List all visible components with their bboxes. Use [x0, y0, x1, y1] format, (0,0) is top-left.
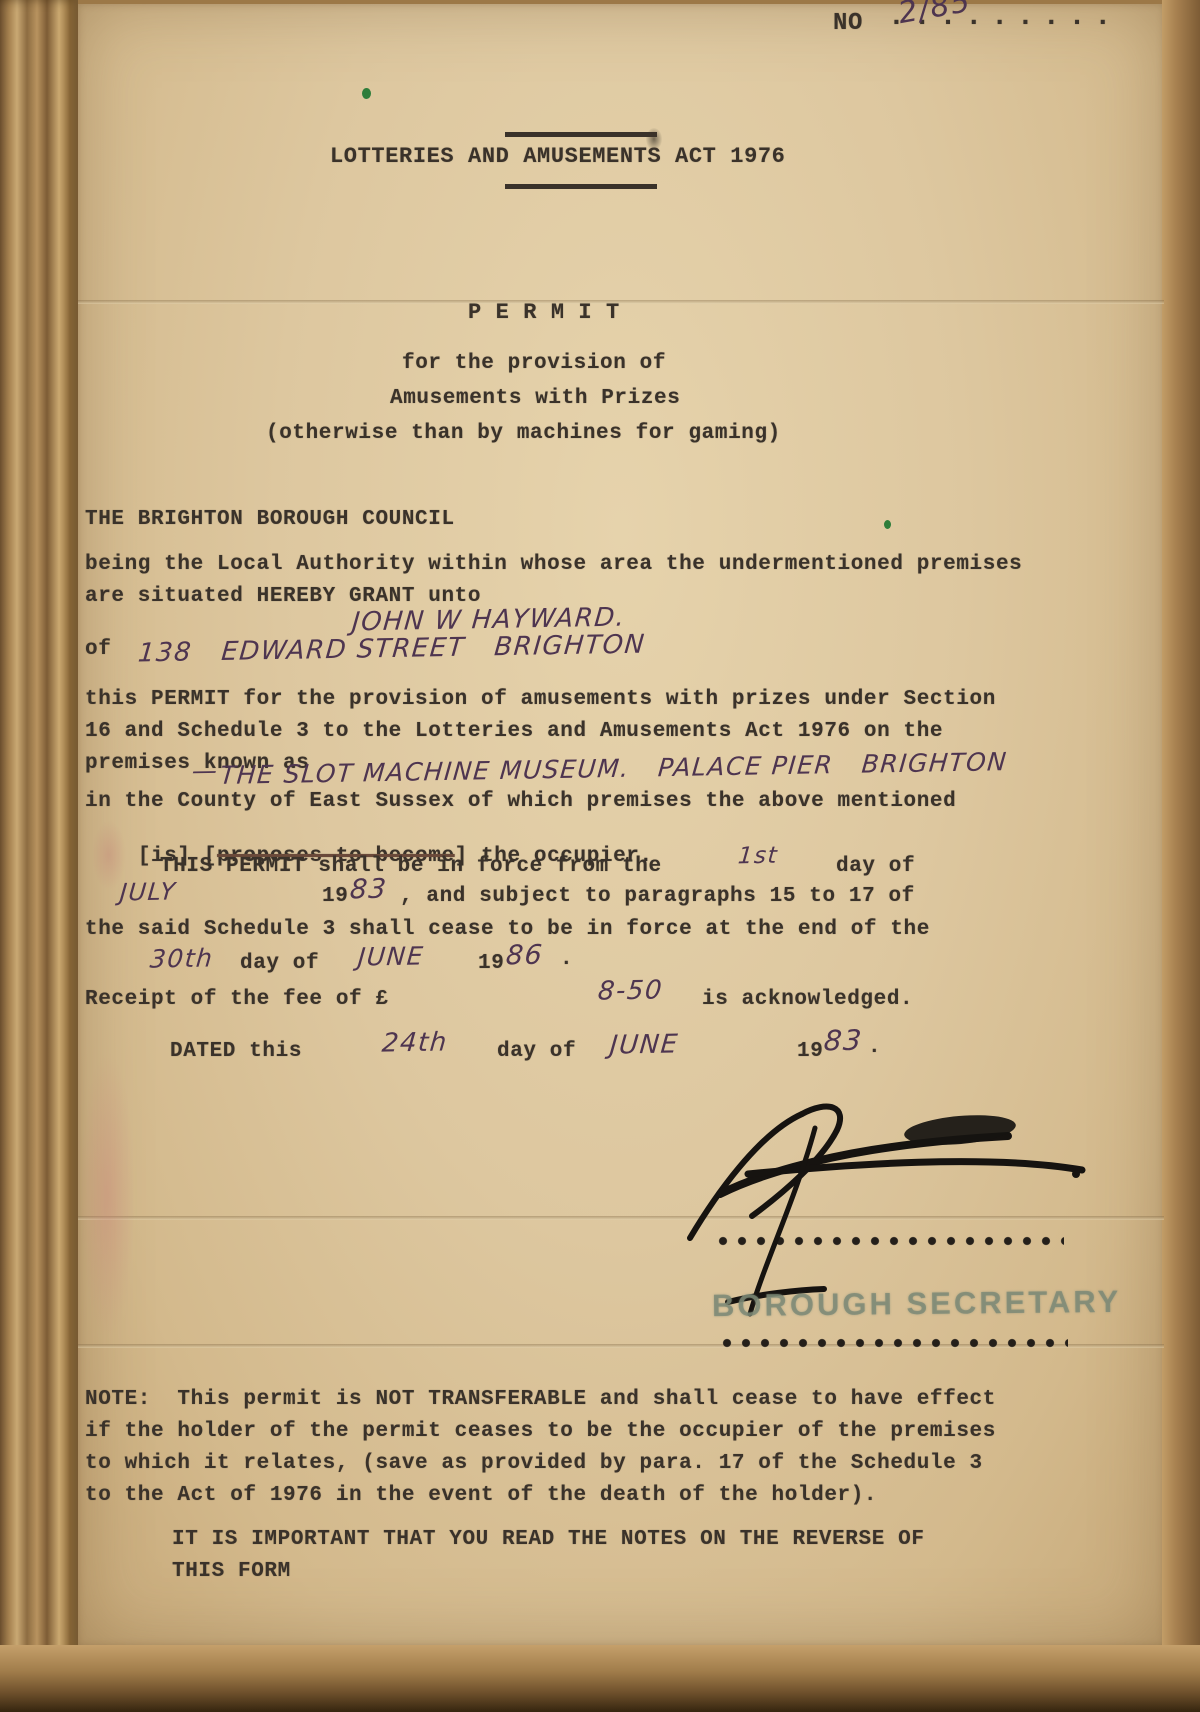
- scanned-permit-document: NO ......... 2/85 LOTTERIES AND AMUSEMEN…: [0, 0, 1200, 1712]
- month-from-handwritten: JULY: [119, 877, 178, 906]
- borough-secretary-stamp: BOROUGH SECRETARY: [712, 1284, 1122, 1324]
- validity-line-1: THIS PERMIT shall be in force from the: [160, 855, 662, 878]
- paper-crease: [78, 300, 1164, 304]
- permit-subtitle-1: for the provision of: [402, 352, 666, 375]
- month-to-handwritten: JUNE: [357, 941, 426, 971]
- authority-line-2: are situated HEREBY GRANT unto: [85, 585, 481, 608]
- validity-day-of-1: day of: [836, 855, 915, 878]
- important-line-1: IT IS IMPORTANT THAT YOU READ THE NOTES …: [172, 1528, 925, 1551]
- of-label: of: [85, 638, 111, 661]
- paper-right-edge: [1162, 0, 1200, 1712]
- premises-dash-handwritten: —: [191, 756, 220, 786]
- permit-clause-line-2: 16 and Schedule 3 to the Lotteries and A…: [85, 720, 943, 743]
- note-line-1: NOTE: This permit is NOT TRANSFERABLE an…: [85, 1388, 996, 1411]
- title-rule-top: [505, 132, 657, 137]
- note-line-3: to which it relates, (save as provided b…: [85, 1452, 983, 1475]
- county-line: in the County of East Sussex of which pr…: [85, 790, 956, 813]
- dated-day-handwritten: 24th: [381, 1027, 449, 1058]
- day-from-handwritten: 1st: [737, 843, 779, 870]
- dated-year-handwritten: 83: [823, 1024, 865, 1058]
- validity-day-of-2: day of: [240, 952, 319, 975]
- validity-period: .: [560, 948, 573, 971]
- year-from-prefix: 19: [322, 885, 348, 908]
- dated-period: .: [868, 1036, 881, 1059]
- validity-line-2: , and subject to paragraphs 15 to 17 of: [400, 885, 915, 908]
- bottom-binding-edge: [0, 1645, 1200, 1712]
- dated-prefix: DATED this: [170, 1040, 302, 1063]
- day-to-handwritten: 30th: [149, 943, 215, 973]
- authority-line-1: being the Local Authority within whose a…: [85, 553, 1022, 576]
- fee-prefix: Receipt of the fee of £: [85, 988, 389, 1011]
- permit-number-label: NO: [833, 10, 863, 37]
- dated-day-of: day of: [497, 1040, 576, 1063]
- year-from-handwritten: 83: [349, 874, 389, 906]
- permit-subtitle-3: (otherwise than by machines for gaming): [266, 422, 781, 445]
- permit-title: P E R M I T: [468, 300, 620, 325]
- permit-subtitle-2: Amusements with Prizes: [390, 387, 680, 410]
- title-rule-bottom: [505, 184, 657, 189]
- act-title: LOTTERIES AND AMUSEMENTS ACT 1976: [330, 144, 785, 169]
- year-to-prefix: 19: [478, 952, 504, 975]
- fee-suffix: is acknowledged.: [702, 988, 913, 1011]
- book-binding-edge: [0, 0, 78, 1712]
- council-name: THE BRIGHTON BOROUGH COUNCIL: [85, 508, 455, 531]
- permit-clause-line-1: this PERMIT for the provision of amuseme…: [85, 688, 996, 711]
- stamp-dotted-line: [722, 1338, 1068, 1348]
- validity-line-3: the said Schedule 3 shall cease to be in…: [85, 918, 930, 941]
- dated-month-handwritten: JUNE: [609, 1029, 680, 1060]
- note-line-2: if the holder of the permit ceases to be…: [85, 1420, 996, 1443]
- year-to-handwritten: 86: [505, 940, 545, 972]
- important-line-2: THIS FORM: [172, 1560, 291, 1583]
- note-line-4: to the Act of 1976 in the event of the d…: [85, 1484, 877, 1507]
- dated-year-prefix: 19: [797, 1040, 823, 1063]
- fee-amount-handwritten: 8-50: [597, 975, 665, 1006]
